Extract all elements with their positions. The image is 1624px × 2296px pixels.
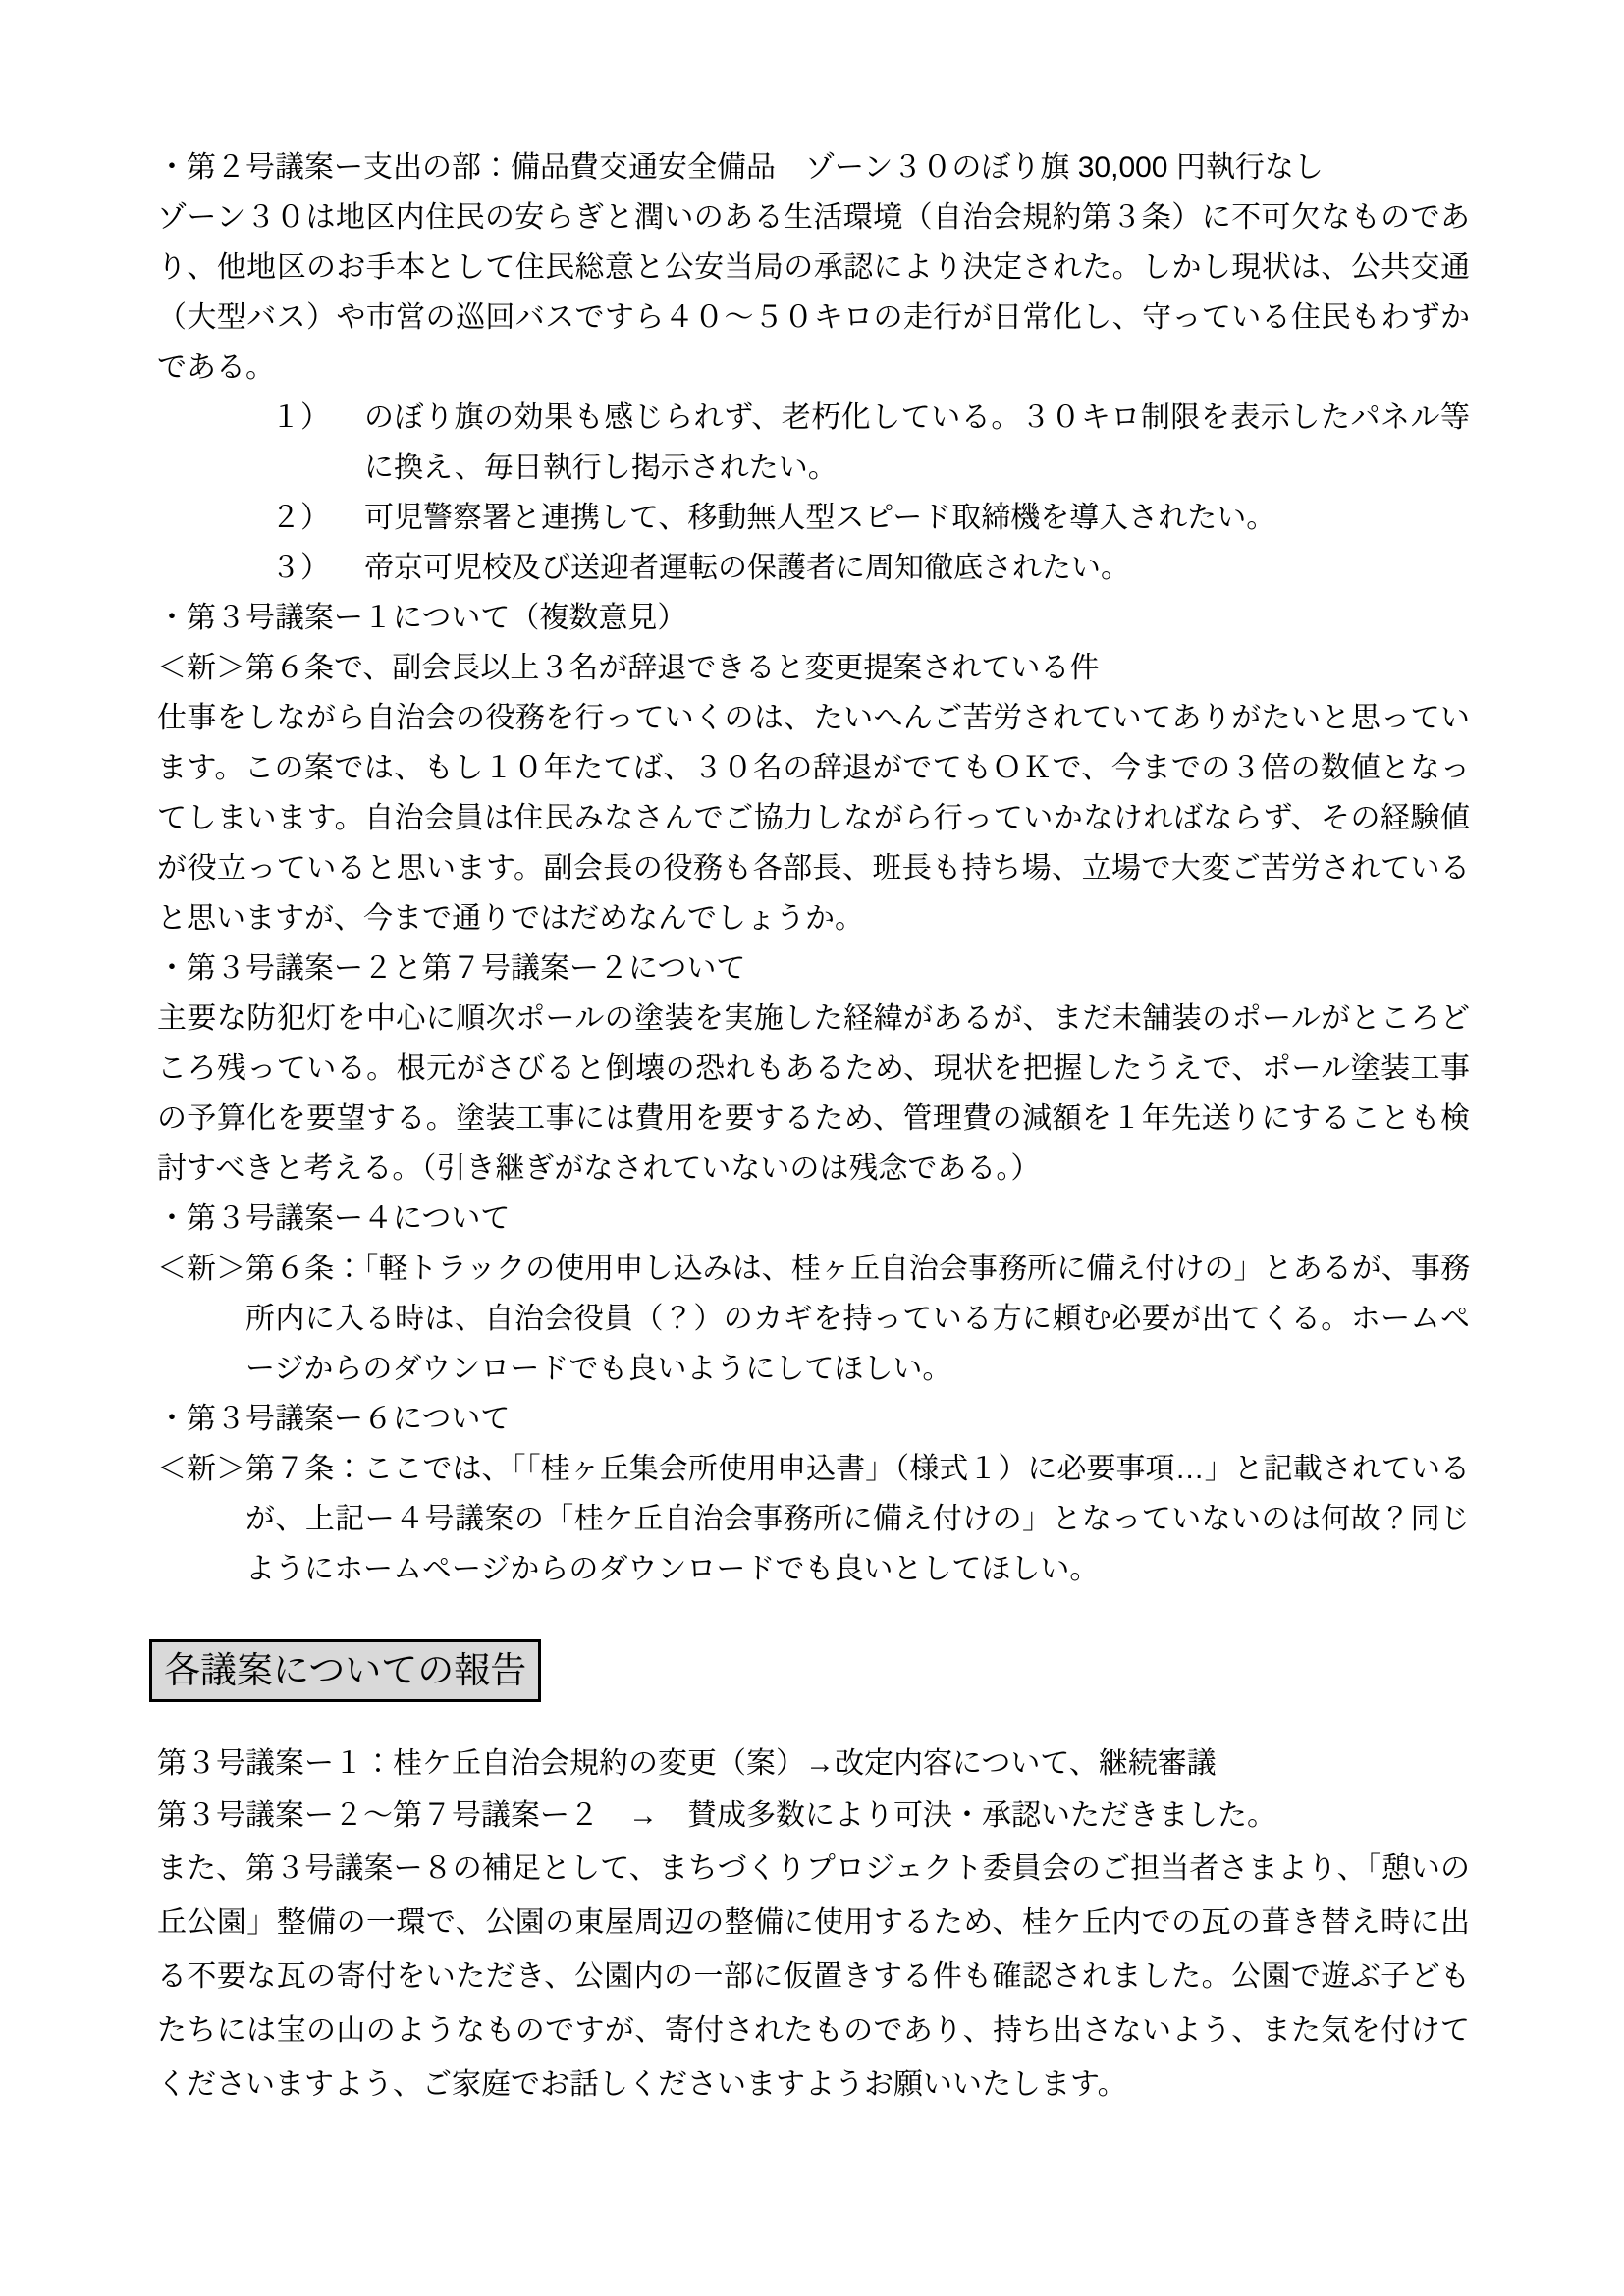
agenda3-2-title: ・第３号議案ー２と第７号議案ー２について (157, 943, 1470, 993)
agenda2-point-2: ２） 可児警察署と連携して、移動無人型スピード取締機を導入されたい。 (157, 493, 1470, 543)
point-3-text: 帝京可児校及び送迎者運転の保護者に周知徹底されたい。 (364, 543, 1470, 593)
agenda3-1-title: ・第３号議案ー１について（複数意見） (157, 593, 1470, 643)
report-decision-line-2: 第３号議案ー２～第７号議案ー２ → 賛成多数により可決・承認いただきました。 (157, 1789, 1470, 1842)
point-1-label: １） (271, 393, 364, 493)
report-decision-line-1: 第３号議案ー１：桂ケ丘自治会規約の変更（案）→改定内容について、継続審議 (157, 1737, 1470, 1789)
agenda3-1-proposal: ＜新＞第６条で、副会長以上３名が辞退できると変更提案されている件 (157, 643, 1470, 693)
agenda3-2-body: 主要な防犯灯を中心に順次ポールの塗装を実施した経緯があるが、まだ未舗装のポールが… (157, 993, 1470, 1194)
agenda3-1-body: 仕事をしながら自治会の役務を行っていくのは、たいへんご苦労されていてありがたいと… (157, 693, 1470, 943)
point-2-label: ２） (271, 493, 364, 543)
agenda3-6-proposal: ＜新＞第７条：ここでは、「「桂ヶ丘集会所使用申込書」（様式１）に必要事項…」と記… (157, 1444, 1470, 1594)
opinions-section: ・第２号議案ー支出の部：備品費交通安全備品 ゾーン３０のぼり旗 30,000 円… (157, 142, 1470, 1594)
meeting-report-page: ・第２号議案ー支出の部：備品費交通安全備品 ゾーン３０のぼり旗 30,000 円… (0, 0, 1624, 2296)
agenda2-point-3: ３） 帝京可児校及び送迎者運転の保護者に周知徹底されたい。 (157, 543, 1470, 593)
agenda2-title: ・第２号議案ー支出の部：備品費交通安全備品 ゾーン３０のぼり旗 30,000 円… (157, 142, 1470, 192)
point-2-text: 可児警察署と連携して、移動無人型スピード取締機を導入されたい。 (364, 493, 1470, 543)
point-1-text: のぼり旗の効果も感じられず、老朽化している。３０キロ制限を表示したパネル等に換え… (364, 393, 1470, 493)
report-heading: 各議案についての報告 (164, 1650, 526, 1690)
point-3-label: ３） (271, 543, 364, 593)
report-heading-box: 各議案についての報告 (149, 1639, 541, 1702)
agenda3-4-proposal: ＜新＞第６条：「軽トラックの使用申し込みは、桂ヶ丘自治会事務所に備え付けの」とあ… (157, 1244, 1470, 1394)
agenda3-6-title: ・第３号議案ー６について (157, 1394, 1470, 1444)
report-supplement-paragraph: また、第３号議案ー８の補足として、まちづくりプロジェクト委員会のご担当者さまより… (157, 1842, 1470, 2111)
agenda2-body: ゾーン３０は地区内住民の安らぎと潤いのある生活環境（自治会規約第３条）に不可欠な… (157, 192, 1470, 393)
agenda3-4-title: ・第３号議案ー４について (157, 1194, 1470, 1244)
report-decisions: 第３号議案ー１：桂ケ丘自治会規約の変更（案）→改定内容について、継続審議 第３号… (157, 1737, 1470, 1842)
agenda2-point-1: １） のぼり旗の効果も感じられず、老朽化している。３０キロ制限を表示したパネル等… (157, 393, 1470, 493)
report-section: 各議案についての報告 第３号議案ー１：桂ケ丘自治会規約の変更（案）→改定内容につ… (157, 1594, 1470, 2111)
